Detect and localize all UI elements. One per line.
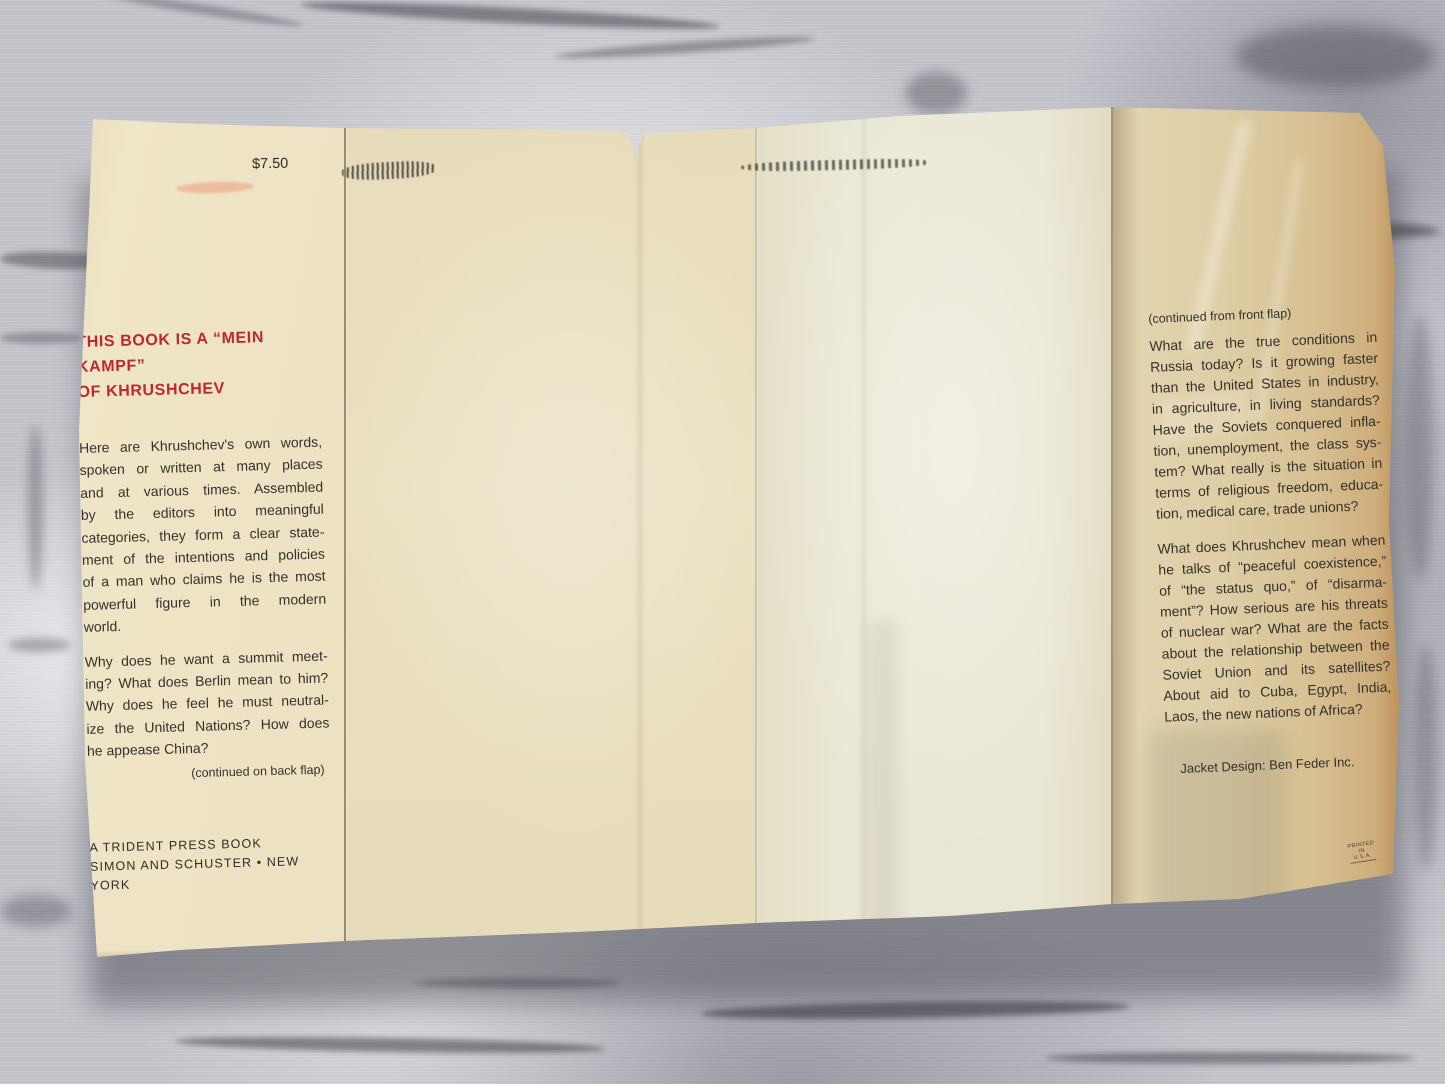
fold-line-center [755,100,757,962]
price-label: $7.50 [252,156,289,173]
book-dust-jacket: $7.50 THIS BOOK IS A “MEIN KAMPF”OF KHRU… [62,100,1411,962]
wall-crack [28,425,43,590]
cover-panel-left [345,100,757,962]
wall-mortar-streak [555,33,815,62]
photo-canvas: { "jacket": { "price": "$7.50", "front_f… [0,0,1445,1084]
wall-mortar-streak [0,332,82,344]
publisher-imprint: A TRIDENT PRESS BOOK SIMON AND SCHUSTER … [89,832,333,895]
text-line: THIS BOOK IS A “MEIN KAMPF” [76,324,320,380]
paper-crease [862,100,866,962]
wall-shadow-patch [905,72,967,114]
fold-shadow-right [1113,100,1139,962]
publisher-line-2: SIMON AND SCHUSTER • NEW YORK [90,851,334,895]
fold-line-left [344,100,346,962]
back-flap-text-block: (continued from front flap) What are the… [1148,303,1394,777]
wall-shadow-patch [1235,25,1435,87]
wall-mortar-streak [175,1034,605,1056]
back-flap-paragraph-1: What are the true conditions inRussia to… [1149,327,1384,525]
back-flap-paragraph-2: What does Khrushchev mean whenhe talks o… [1157,530,1392,728]
wall-mortar-streak [8,638,70,652]
wall-shadow-patch [0,895,72,927]
paper-crease [638,100,642,962]
wall-mortar-streak [1045,1052,1415,1064]
wall-shadow-patch [1406,315,1434,580]
smear-gray [867,620,899,930]
wall-mortar-streak [96,0,305,30]
cover-panel-right [756,100,1114,962]
wall-mortar-streak [300,0,720,34]
spacer [88,776,332,838]
front-flap-text-block: THIS BOOK IS A “MEIN KAMPF”OF KHRUSHCHEV… [76,324,334,896]
flap-headline: THIS BOOK IS A “MEIN KAMPF”OF KHRUSHCHEV [76,324,321,405]
front-flap-paragraph-1: Here are Khrushchev's own words,spoken o… [79,431,327,639]
wall-shadow-patch [1414,645,1438,870]
text-line: OF KHRUSHCHEV [77,374,321,405]
front-flap-paragraph-2: Why does he want a summit meet-ing? What… [84,644,330,762]
